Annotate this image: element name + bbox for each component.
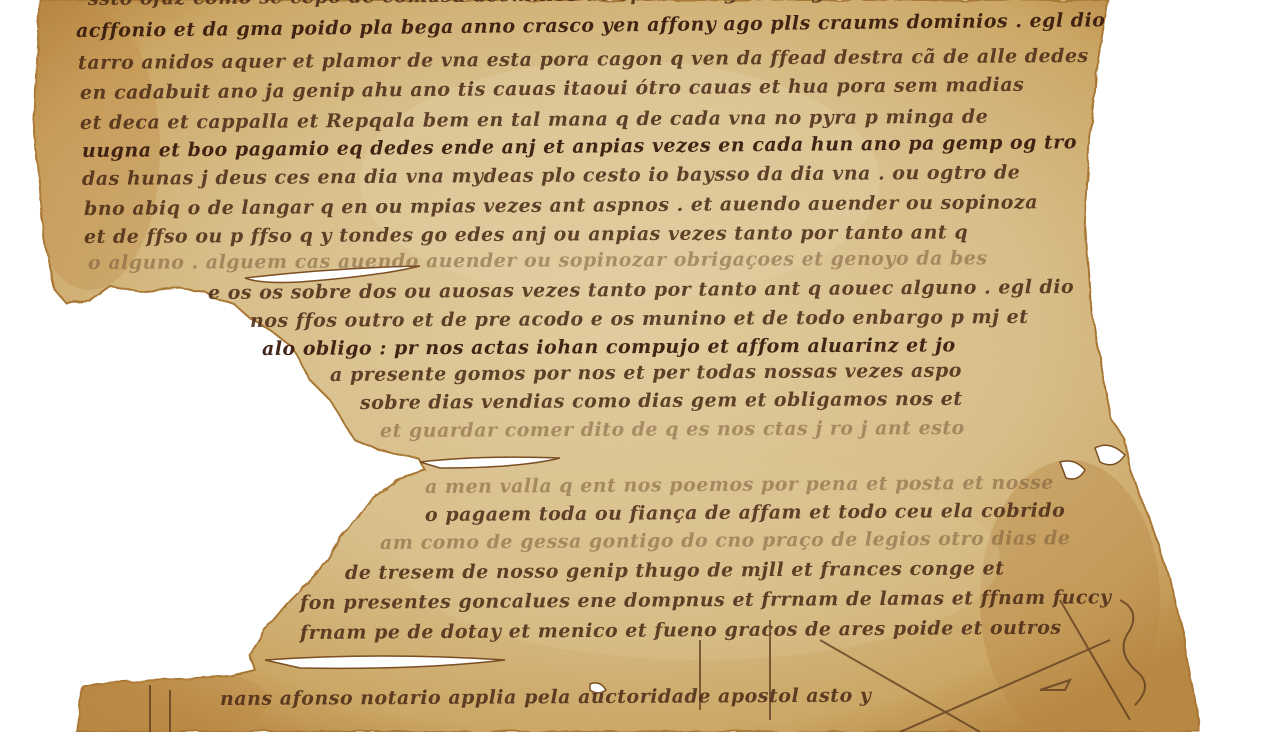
manuscript-photo: [0, 0, 1280, 732]
